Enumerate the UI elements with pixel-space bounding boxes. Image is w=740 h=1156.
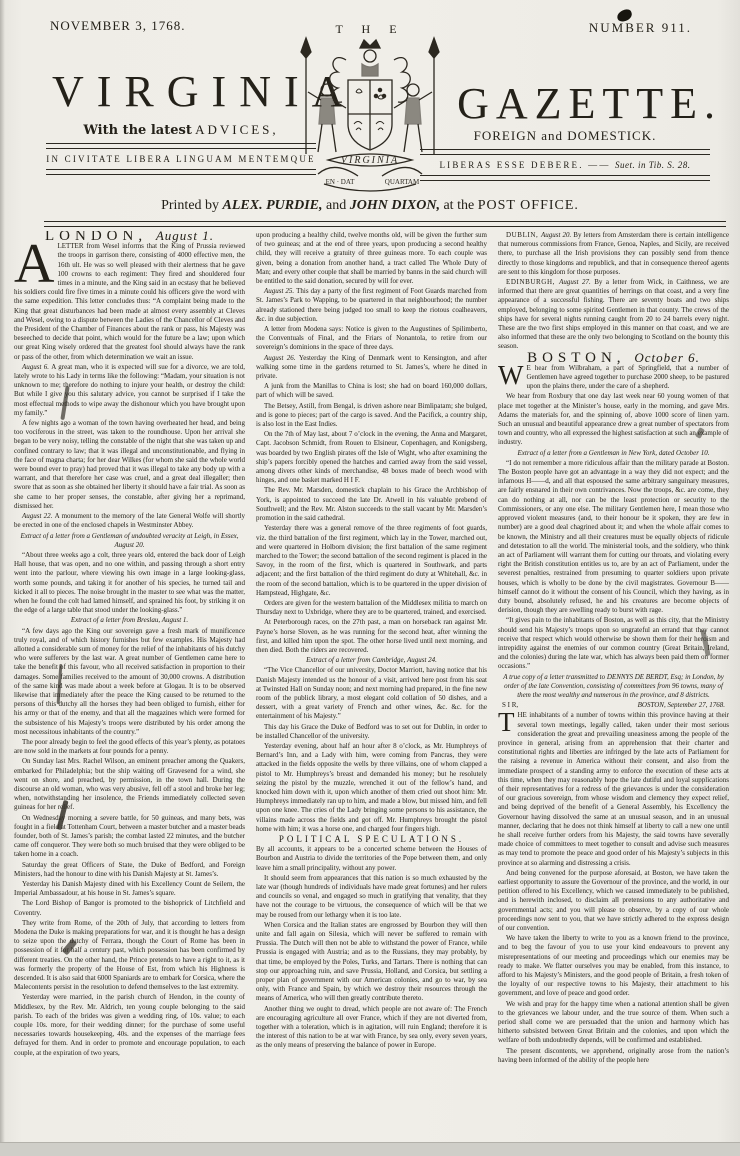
paragraph: When Corsica and the Italian states are … bbox=[256, 921, 487, 1004]
post-office-label: POST OFFICE. bbox=[478, 198, 579, 213]
paragraph: It should seem from appearances that thi… bbox=[256, 874, 487, 920]
motto-block-right: FOREIGN and DOMESTICK. LIBERAS ESSE DEBE… bbox=[420, 118, 710, 186]
extract-heading: Extract of a letter from a Gentleman in … bbox=[498, 449, 729, 458]
paragraph: The Lord Bishop of Bangor is promoted to… bbox=[14, 899, 245, 917]
column-2: upon producing a healthy child, twelve m… bbox=[256, 231, 487, 1124]
paragraph: We wish and pray for the happy time when… bbox=[498, 1000, 729, 1046]
column-1: LONDON, August 1.ALETTER from Wesel info… bbox=[14, 231, 245, 1124]
paragraph: “A few days ago the King our sovereign g… bbox=[14, 627, 245, 737]
paragraph: Saturday the great Officers of State, th… bbox=[14, 861, 245, 879]
section-dateline: BOSTON, October 6. bbox=[498, 353, 729, 363]
paragraph: DUBLIN, August 20. By letters from Amste… bbox=[498, 231, 729, 277]
double-rule-full bbox=[44, 221, 726, 227]
paragraph: The Rev. Mr. Marsden, domestick chaplain… bbox=[256, 486, 487, 523]
paragraph: On Sunday last Mrs. Rachel Wilson, an em… bbox=[14, 757, 245, 812]
paragraph: The poor already begin to feel the good … bbox=[14, 738, 245, 756]
double-rule bbox=[46, 169, 316, 175]
foreign-domestick-line: FOREIGN and DOMESTICK. bbox=[420, 128, 710, 144]
issue-number: NUMBER 911. bbox=[589, 20, 692, 36]
paragraph: August 26. Yesterday the King of Denmark… bbox=[256, 354, 487, 382]
paragraph: “I do not remember a more ridiculous aff… bbox=[498, 459, 729, 615]
masthead: NOVEMBER 3, 1768. T H E NUMBER 911. VIRG… bbox=[0, 0, 740, 230]
paragraph: And being convened for the purpose afore… bbox=[498, 869, 729, 933]
double-rule bbox=[420, 175, 710, 181]
paragraph: The Betsey, Astill, from Bengal, is driv… bbox=[256, 402, 487, 430]
paragraph: ALETTER from Wesel informs that the King… bbox=[14, 242, 245, 362]
virginia-coat-of-arms: VIRGINIA EN · DAT QUARTAM bbox=[294, 32, 446, 210]
paragraph: August 25. This day a party of the first… bbox=[256, 287, 487, 324]
paragraph: Orders are given for the western battali… bbox=[256, 599, 487, 617]
paragraph: We have taken the liberty to write to yo… bbox=[498, 934, 729, 998]
paragraph: We hear from Roxbury that one day last w… bbox=[498, 392, 729, 447]
paragraph: Yesterday his Danish Majesty dined with … bbox=[14, 880, 245, 898]
drop-cap: T bbox=[498, 712, 515, 733]
extract-heading: Extract of a letter from Cambridge, Augu… bbox=[256, 656, 487, 665]
paragraph: At Peterborough races, on the 27th past,… bbox=[256, 618, 487, 655]
paragraph: Yesterday were married, in the parish ch… bbox=[14, 993, 245, 1057]
extract-heading: Extract of a letter from a Gentleman of … bbox=[14, 532, 245, 550]
paragraph: Another thing we ought to dread, which p… bbox=[256, 1005, 487, 1051]
emblem-motto-right: QUARTAM bbox=[385, 178, 420, 186]
newspaper-page: NOVEMBER 3, 1768. T H E NUMBER 911. VIRG… bbox=[0, 0, 740, 1156]
section-heading: POLITICAL SPECULATIONS. bbox=[256, 835, 487, 844]
drop-cap: A bbox=[14, 243, 54, 287]
paragraph: “About three weeks ago a colt, three yea… bbox=[14, 551, 245, 615]
paragraph: August 22. A monument to the memory of t… bbox=[14, 512, 245, 530]
motto-latin-right: LIBERAS ESSE DEBERE. —— Suet. in Tib. S.… bbox=[420, 160, 710, 170]
paragraph: WE hear from Wilbraham, a part of Spring… bbox=[498, 364, 729, 392]
paragraph: EDINBURGH, August 27. By a letter from W… bbox=[498, 278, 729, 352]
paragraph: A junk from the Manillas to China is los… bbox=[256, 382, 487, 400]
paragraph: On the 7th of May last, about 7 o’clock … bbox=[256, 430, 487, 485]
paragraph: “The Vice Chancellor of our university, … bbox=[256, 666, 487, 721]
motto-citation: Suet. in Tib. S. 28. bbox=[615, 160, 691, 170]
motto-block-left: With the latest ADVICES, IN CIVITATE LIB… bbox=[46, 118, 316, 180]
paragraph: This day his Grace the Duke of Bedford w… bbox=[256, 723, 487, 741]
scan-edge-bottom bbox=[0, 1142, 740, 1156]
double-rule bbox=[46, 143, 316, 149]
issue-date: NOVEMBER 3, 1768. bbox=[50, 18, 185, 34]
article-columns: LONDON, August 1.ALETTER from Wesel info… bbox=[14, 231, 730, 1124]
extract-heading: A true copy of a letter transmitted to D… bbox=[498, 673, 729, 701]
advices-line: With the latest ADVICES, bbox=[46, 122, 316, 138]
double-rule bbox=[420, 149, 710, 155]
salutation-line: S I R,BOSTON, September 27, 1768. bbox=[498, 701, 729, 710]
paragraph: They write from Rome, of the 20th of Jul… bbox=[14, 919, 245, 993]
paragraph: Yesterday evening, about half an hour af… bbox=[256, 742, 487, 834]
paragraph: upon producing a healthy child, twelve m… bbox=[256, 231, 487, 286]
paragraph: Yesterday there was a general remove of … bbox=[256, 524, 487, 598]
emblem-motto-left: EN · DAT bbox=[326, 178, 355, 186]
paragraph: “It gives pain to the inhabitants of Bos… bbox=[498, 616, 729, 671]
motto-latin-left: IN CIVITATE LIBERA LINGUAM MENTEMQUE bbox=[46, 154, 316, 164]
paragraph: A letter from Modena says: Notice is giv… bbox=[256, 325, 487, 353]
paragraph: The present discontents, we apprehend, o… bbox=[498, 1047, 729, 1065]
column-3: DUBLIN, August 20. By letters from Amste… bbox=[498, 231, 729, 1124]
paragraph: By all accounts, it appears to be a conc… bbox=[256, 845, 487, 873]
drop-cap: W bbox=[498, 365, 523, 386]
paragraph: THE inhabitants of a number of towns wit… bbox=[498, 711, 729, 867]
emblem-banner-text: VIRGINIA bbox=[341, 155, 399, 166]
extract-heading: Extract of a letter from Breslau, August… bbox=[14, 616, 245, 625]
paragraph: August 6. A great man, who it is expecte… bbox=[14, 363, 245, 418]
section-dateline: LONDON, August 1. bbox=[14, 231, 245, 241]
paragraph: A few nights ago a woman of the town hav… bbox=[14, 419, 245, 511]
paragraph: On Wednesday morning a severe battle, fo… bbox=[14, 814, 245, 860]
